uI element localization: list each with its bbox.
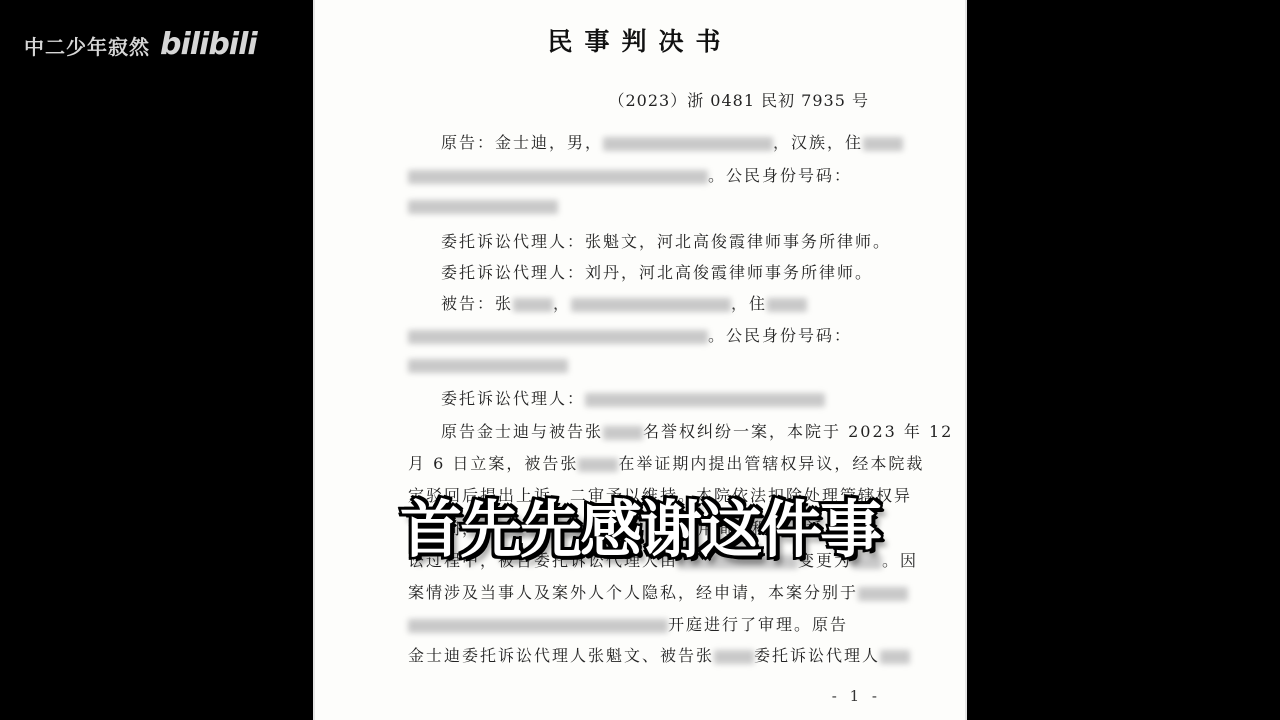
redacted-text [603, 426, 643, 440]
redacted-text [714, 650, 754, 664]
document-line: 委托诉讼代理人： [441, 386, 941, 409]
line-text: 委托诉讼代理人： [441, 389, 585, 408]
line-text: ， [553, 294, 571, 313]
bilibili-logo-icon: bilibili [160, 30, 257, 60]
line-text: ，住 [731, 294, 767, 313]
document-line: 委托诉讼代理人：刘丹，河北高俊霞律师事务所律师。 [441, 260, 941, 283]
page-number: - 1 - [832, 687, 881, 705]
line-text: 委托诉讼代理人 [754, 646, 880, 665]
line-text: 原告：金士迪，男， [441, 133, 603, 152]
video-subtitle: 首先先感谢这件事 [0, 480, 1280, 569]
line-text: 金士迪委托诉讼代理人张魁文、被告张 [408, 646, 714, 665]
redacted-text [408, 330, 708, 344]
line-text: 在举证期内提出管辖权异议，经本院裁 [618, 454, 924, 473]
line-text: 案情涉及当事人及案外人个人隐私，经申请，本案分别于 [408, 583, 858, 602]
document-line: 金士迪委托诉讼代理人张魁文、被告张委托诉讼代理人 [408, 643, 908, 666]
redacted-text [408, 200, 558, 214]
line-text: 名誉权纠纷一案，本院于 2023 年 12 [643, 422, 953, 441]
redacted-text [578, 458, 618, 472]
line-text: 委托诉讼代理人：刘丹，河北高俊霞律师事务所律师。 [441, 263, 873, 282]
document-page: 民事判决书 （2023）浙 0481 民初 7935 号 原告：金士迪，男，，汉… [313, 0, 967, 720]
document-line: 月 6 日立案，被告张在举证期内提出管辖权异议，经本院裁 [408, 451, 908, 474]
document-line: 案情涉及当事人及案外人个人隐私，经申请，本案分别于 [408, 580, 908, 603]
redacted-text [880, 650, 910, 664]
line-text: 委托诉讼代理人：张魁文，河北高俊霞律师事务所律师。 [441, 232, 891, 251]
redacted-text [408, 619, 668, 633]
channel-watermark: 中二少年寂然 bilibili [24, 30, 257, 60]
document-line [408, 196, 908, 215]
document-line [408, 355, 908, 374]
line-text: 。公民身份号码： [708, 326, 852, 345]
line-text: 月 6 日立案，被告张 [408, 454, 578, 473]
redacted-text [513, 298, 553, 312]
redacted-text [767, 298, 807, 312]
line-text: 原告金士迪与被告张 [441, 422, 603, 441]
document-line: 原告金士迪与被告张名誉权纠纷一案，本院于 2023 年 12 [441, 419, 941, 442]
line-text: 被告：张 [441, 294, 513, 313]
redacted-text [858, 587, 908, 601]
line-text: ，汉族，住 [773, 133, 863, 152]
line-text: 。公民身份号码： [708, 166, 852, 185]
redacted-text [585, 393, 825, 407]
document-line: 开庭进行了审理。原告 [408, 612, 908, 635]
channel-name: 中二少年寂然 [24, 31, 150, 60]
redacted-text [603, 137, 773, 151]
redacted-text [408, 359, 568, 373]
redacted-text [408, 170, 708, 184]
redacted-text [571, 298, 731, 312]
document-line: 。公民身份号码： [408, 323, 908, 346]
document-line: 。公民身份号码： [408, 163, 908, 186]
document-line: 原告：金士迪，男，，汉族，住 [441, 130, 941, 153]
document-line: 委托诉讼代理人：张魁文，河北高俊霞律师事务所律师。 [441, 229, 941, 252]
document-title: 民事判决书 [313, 22, 967, 58]
redacted-text [863, 137, 903, 151]
line-text: 开庭进行了审理。原告 [668, 615, 848, 634]
document-line: 被告：张，，住 [441, 291, 941, 314]
case-number: （2023）浙 0481 民初 7935 号 [608, 88, 869, 111]
